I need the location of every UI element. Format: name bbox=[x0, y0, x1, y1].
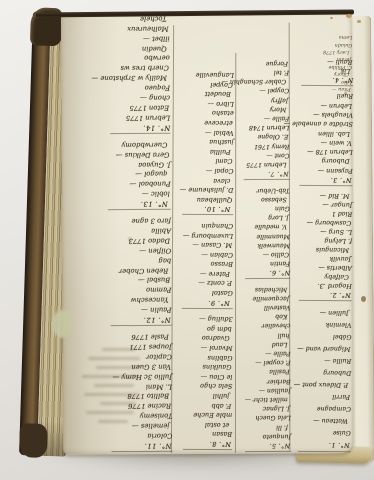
handwriting-line: Forgue bbox=[266, 59, 289, 68]
handwriting-line: P. contz — bbox=[198, 278, 233, 288]
handwriting-line: Micanguis bbox=[316, 245, 352, 254]
handwriting-line: Remy 1761 bbox=[254, 141, 289, 150]
handwriting-line: Lebrun 1748 bbox=[249, 123, 289, 132]
handwriting-line: N°. 11. bbox=[111, 440, 172, 452]
handwriting-line: N°. 9. bbox=[182, 297, 233, 309]
handwriting-line: Patere — bbox=[200, 268, 233, 278]
handwriting-line: Mailly w 3rphstone — bbox=[91, 72, 170, 82]
handwriting-line: Abilla bbox=[151, 225, 171, 235]
handwriting-line: Gablins bbox=[208, 352, 233, 362]
handwriting-line: chong — bbox=[140, 92, 170, 102]
handwriting-line: Lebrun 178 — bbox=[307, 147, 352, 157]
handwriting-line: V. medulle bbox=[254, 222, 289, 231]
handwriting-line: Capitor bbox=[146, 351, 172, 361]
handwriting-line: F. tel bbox=[274, 68, 289, 77]
handwriting-line: E. Ologne bbox=[258, 132, 290, 141]
handwriting-line: clava bbox=[213, 175, 233, 185]
handwriting-line: Tab-Uebur bbox=[256, 185, 289, 194]
handwriting-line: Ghory bbox=[334, 70, 352, 78]
handwriting-line: N°. 3. bbox=[300, 175, 353, 187]
handwriting-line: Tonisemy bbox=[140, 410, 173, 420]
handwriting-line: faro 3 agne bbox=[132, 215, 171, 225]
handwriting-line: Fantin bbox=[270, 259, 290, 268]
handwriting-line: Coypel — bbox=[259, 86, 289, 95]
handwriting-line: Coloria bbox=[147, 430, 172, 440]
handwriting-line: Lemo bbox=[339, 33, 353, 41]
handwriting-line: Lebrun 1775 bbox=[126, 112, 170, 122]
handwriting-line: hull bbox=[277, 330, 290, 339]
handwriting-line: Dadao 1773 bbox=[129, 235, 172, 245]
handwriting-line: M. Rid — bbox=[320, 191, 353, 200]
handwriting-line: N°. 8. bbox=[183, 438, 232, 450]
handwriting-line: Copal — bbox=[206, 165, 234, 175]
handwriting-line: Van 3 Guen bbox=[131, 361, 172, 371]
handwriting-line: jemelies — bbox=[132, 420, 172, 430]
handwriting-line: oerwbo bbox=[144, 52, 170, 62]
handwriting-line: Parril bbox=[332, 390, 351, 402]
handwriting-line: Paysann — bbox=[318, 165, 353, 175]
handwriting-line: Kob bbox=[275, 312, 290, 321]
handwriting-line: Dubourg bbox=[323, 366, 351, 378]
handwriting-line: Jullien — bbox=[320, 306, 352, 318]
handwriting-line: Maunwelk bbox=[257, 240, 290, 249]
handwriting-line: Gastol bbox=[212, 288, 233, 298]
handwriting-line: Laud bbox=[272, 339, 291, 348]
handwriting-line: N°. 1. bbox=[298, 438, 351, 452]
handwriting-line: Luxembourg — bbox=[183, 230, 233, 240]
handwriting-line: Joupes 1771 bbox=[129, 341, 172, 351]
handwriting-line: C. Philibe bbox=[329, 62, 352, 70]
handwriting-line: Malheureux bbox=[127, 23, 170, 33]
handwriting-line: Yanceschw bbox=[131, 294, 172, 304]
handwriting-line: Busbal — bbox=[138, 274, 171, 284]
handwriting-line: Cuerwbdomy bbox=[122, 139, 171, 149]
handwriting-line: Rueil bbox=[337, 91, 354, 100]
handwriting-line: Cont — bbox=[266, 151, 289, 160]
handwriting-line: Jullio 3c Hamy — bbox=[113, 371, 172, 381]
handwriting-line: Jauvilk bbox=[329, 254, 352, 263]
handwriting-line: Göbel bbox=[333, 330, 352, 342]
handwriting-column-2: N°. 5.Junquetof. lliLela GuechJ. Lignacm… bbox=[237, 56, 291, 452]
handwriting-line: Gaulkins bbox=[203, 362, 233, 372]
handwriting-line: N°. 2. bbox=[299, 290, 352, 301]
handwriting-line: Basan bbox=[212, 429, 232, 439]
handwriting-line: Muanmille bbox=[256, 231, 290, 240]
handwriting-line: Campagne bbox=[317, 402, 351, 414]
marginal-notes-column: Pitau —LilioGhoryC. PhilibejeramLwry 177… bbox=[318, 30, 353, 92]
handwriting-line: N°. 5. bbox=[245, 441, 291, 452]
handwriting-line: Boudett bbox=[205, 89, 234, 99]
handwriting-line: Michedias bbox=[255, 284, 290, 293]
handwriting-line: N°. 10. bbox=[182, 204, 233, 216]
handwriting-line: N°. 7. bbox=[244, 169, 290, 180]
handwriting-line: J. Lignac bbox=[263, 404, 291, 413]
handwriting-line: bdm go bbox=[207, 323, 233, 333]
handwriting-line: Reben Chober bbox=[119, 264, 171, 274]
handwriting-line: V. wein — bbox=[321, 138, 353, 148]
handwriting-line: Faille — bbox=[264, 114, 289, 123]
handwriting-line: Jacquemille bbox=[252, 293, 290, 302]
handwriting-line: Lilio bbox=[341, 77, 352, 84]
spine-tailcap bbox=[19, 423, 48, 458]
handwriting-line: N°. 14. bbox=[110, 122, 170, 134]
handwriting-line: jeram bbox=[337, 55, 352, 63]
handwriting-line: quagol — bbox=[135, 168, 170, 178]
handwriting-line: Callio — bbox=[263, 250, 290, 259]
handwriting-line: Junqueto bbox=[263, 431, 291, 440]
handwriting-line: Lebrun — bbox=[321, 100, 353, 110]
handwriting-line: Guise bbox=[333, 426, 351, 438]
handwriting-line: Gvadrao bbox=[202, 333, 233, 343]
handwriting-line: Paille — bbox=[265, 349, 290, 358]
handwriting-line: Pasilla bbox=[269, 367, 290, 376]
handwriting-line: Caswbourg — bbox=[307, 218, 352, 227]
handwriting-line: Calfeby bbox=[325, 272, 352, 281]
handwriting-line: Quedin bbox=[142, 42, 170, 52]
handwriting-line: Jaullian — bbox=[259, 385, 291, 394]
handwriting-line: Quillebeau bbox=[197, 194, 234, 204]
handwriting-line: Jungar — bbox=[323, 200, 353, 209]
handwriting-line: Brasso bbox=[211, 259, 233, 269]
handwriting-line: N°. 6. bbox=[245, 268, 290, 279]
handwriting-line: mble Euche bbox=[193, 410, 232, 420]
handwriting-line: Caml bbox=[215, 156, 233, 166]
handwriting-line: Gera Delkius — bbox=[116, 148, 171, 158]
handwriting-column-4: N°. 11.Coloriajemelies —TonisemyRacine 1… bbox=[99, 16, 172, 452]
handwriting-line: Pitau — bbox=[332, 85, 352, 93]
handwriting-line: Jaffry bbox=[271, 95, 289, 104]
handwriting-line: J. Guyaoa bbox=[138, 158, 170, 168]
fox-spot bbox=[361, 296, 366, 302]
handwriting-line: Langueville bbox=[196, 69, 234, 79]
handwriting-line: Albertis — bbox=[318, 263, 351, 272]
handwriting-line: Coypel bbox=[210, 79, 234, 89]
handwriting-line: f. Lelyng bbox=[324, 236, 352, 245]
handwriting-line: etasho bbox=[212, 108, 234, 118]
handwriting-line: etreceve bbox=[204, 117, 233, 127]
handwriting-line: Pammo bbox=[146, 284, 171, 294]
handwriting-line: Guiadn bbox=[335, 40, 353, 48]
handwriting-line: Pasle 1776 bbox=[131, 331, 172, 341]
handwriting-line: Punobaol — bbox=[130, 178, 171, 188]
handwriting-line: L. Surg — bbox=[320, 227, 352, 236]
handwriting-line: M. Casan — bbox=[192, 239, 233, 249]
handwriting-line: le Clou — bbox=[201, 371, 233, 381]
photo-of-manuscript-book: N°. 1.GuiseWatteau —CampagneParrilP. Did… bbox=[0, 0, 374, 480]
handwriting-line: N°. 12. bbox=[110, 314, 171, 326]
handwriting-line: Lela Guech bbox=[255, 413, 291, 422]
handwriting-line: Lab. illien bbox=[318, 128, 353, 138]
handwriting-line: Racine 1776 bbox=[128, 400, 172, 410]
handwriting-line: bag bbox=[158, 255, 171, 265]
handwriting-line: millet tichr — bbox=[245, 395, 291, 404]
column-divider-line bbox=[235, 53, 236, 453]
handwriting-line: Sebasso bbox=[261, 194, 290, 203]
handwriting-line: Lebrun 1775 bbox=[246, 160, 289, 169]
handwriting-line: L. Mani bbox=[146, 380, 172, 390]
handwriting-line: Oilfien — bbox=[139, 245, 171, 255]
handwriting-line: F. abb bbox=[211, 400, 232, 410]
handwriting-line: Vastevill bbox=[264, 303, 290, 312]
handwriting-line: Strödte a annebale — bbox=[284, 119, 353, 129]
handwriting-line: Mignard vand — bbox=[297, 342, 351, 354]
handwriting-line: Lwry 1778 bbox=[323, 47, 352, 55]
handwriting-line: Eaton 1775 bbox=[129, 102, 170, 112]
handwriting-line: Watteau — bbox=[313, 414, 351, 426]
handwriting-line: chevalier bbox=[261, 321, 290, 330]
stain bbox=[52, 310, 72, 338]
handwriting-line: Puillia bbox=[210, 146, 234, 156]
handwriting-line: Vebial — bbox=[205, 127, 234, 137]
handwriting-line: Mory bbox=[270, 105, 290, 114]
handwriting-line: Ruilla — bbox=[324, 354, 351, 366]
handwriting-line: et ostal bbox=[205, 419, 232, 429]
handwriting-line: Vleughels — bbox=[313, 110, 353, 120]
handwriting-line: Tochele bbox=[140, 13, 170, 23]
handwriting-line: P. coypel — bbox=[255, 358, 290, 367]
handwriting-line: julhil bbox=[213, 390, 233, 400]
handwriting-line: J. Lorg bbox=[268, 213, 290, 222]
handwriting-line: Foqueo bbox=[145, 82, 170, 92]
handwriting-line: P. Dideux pont — bbox=[294, 378, 351, 390]
handwriting-line: Riad 1 bbox=[332, 209, 353, 218]
handwriting-column-1: N°. 1.GuiseWatteau —CampagneParrilP. Did… bbox=[291, 58, 354, 452]
handwriting-line: 3duliug — bbox=[199, 314, 233, 324]
handwriting-line: Vlemink bbox=[325, 318, 351, 330]
handwriting-line: Sela chgo bbox=[200, 381, 232, 391]
handwriting-line: Libro — bbox=[208, 98, 234, 108]
handwriting-line: illbet — bbox=[143, 33, 170, 43]
handwriting-column-3: N°. 8.Basanet ostalmble EucheF. abbjulhi… bbox=[176, 68, 234, 450]
handwriting-line: Cabian — bbox=[201, 249, 233, 259]
handwriting-line: Cnerb tres ws bbox=[120, 62, 169, 72]
handwriting-line: Chanquin bbox=[201, 220, 233, 230]
handwriting-line: Dubourg bbox=[322, 156, 353, 166]
handwriting-line: Paulin — bbox=[141, 304, 171, 314]
handwriting-line: D. julisheume — bbox=[180, 184, 234, 194]
edge-fleck bbox=[357, 20, 361, 23]
handwriting-line: Ballito 1778 bbox=[127, 390, 172, 400]
handwriting-line: justhua bbox=[209, 137, 233, 147]
handwriting-line: f. lli bbox=[276, 422, 291, 431]
handwriting-line: Guin bbox=[275, 204, 290, 213]
handwriting-line: N°. 13. bbox=[108, 198, 171, 210]
handwriting-line: Mvarol — bbox=[201, 342, 233, 352]
handwriting-line: Hogard .3. bbox=[318, 281, 352, 290]
handwriting-line: loblic — bbox=[142, 188, 171, 198]
handwriting-line: Barbier bbox=[267, 376, 291, 385]
